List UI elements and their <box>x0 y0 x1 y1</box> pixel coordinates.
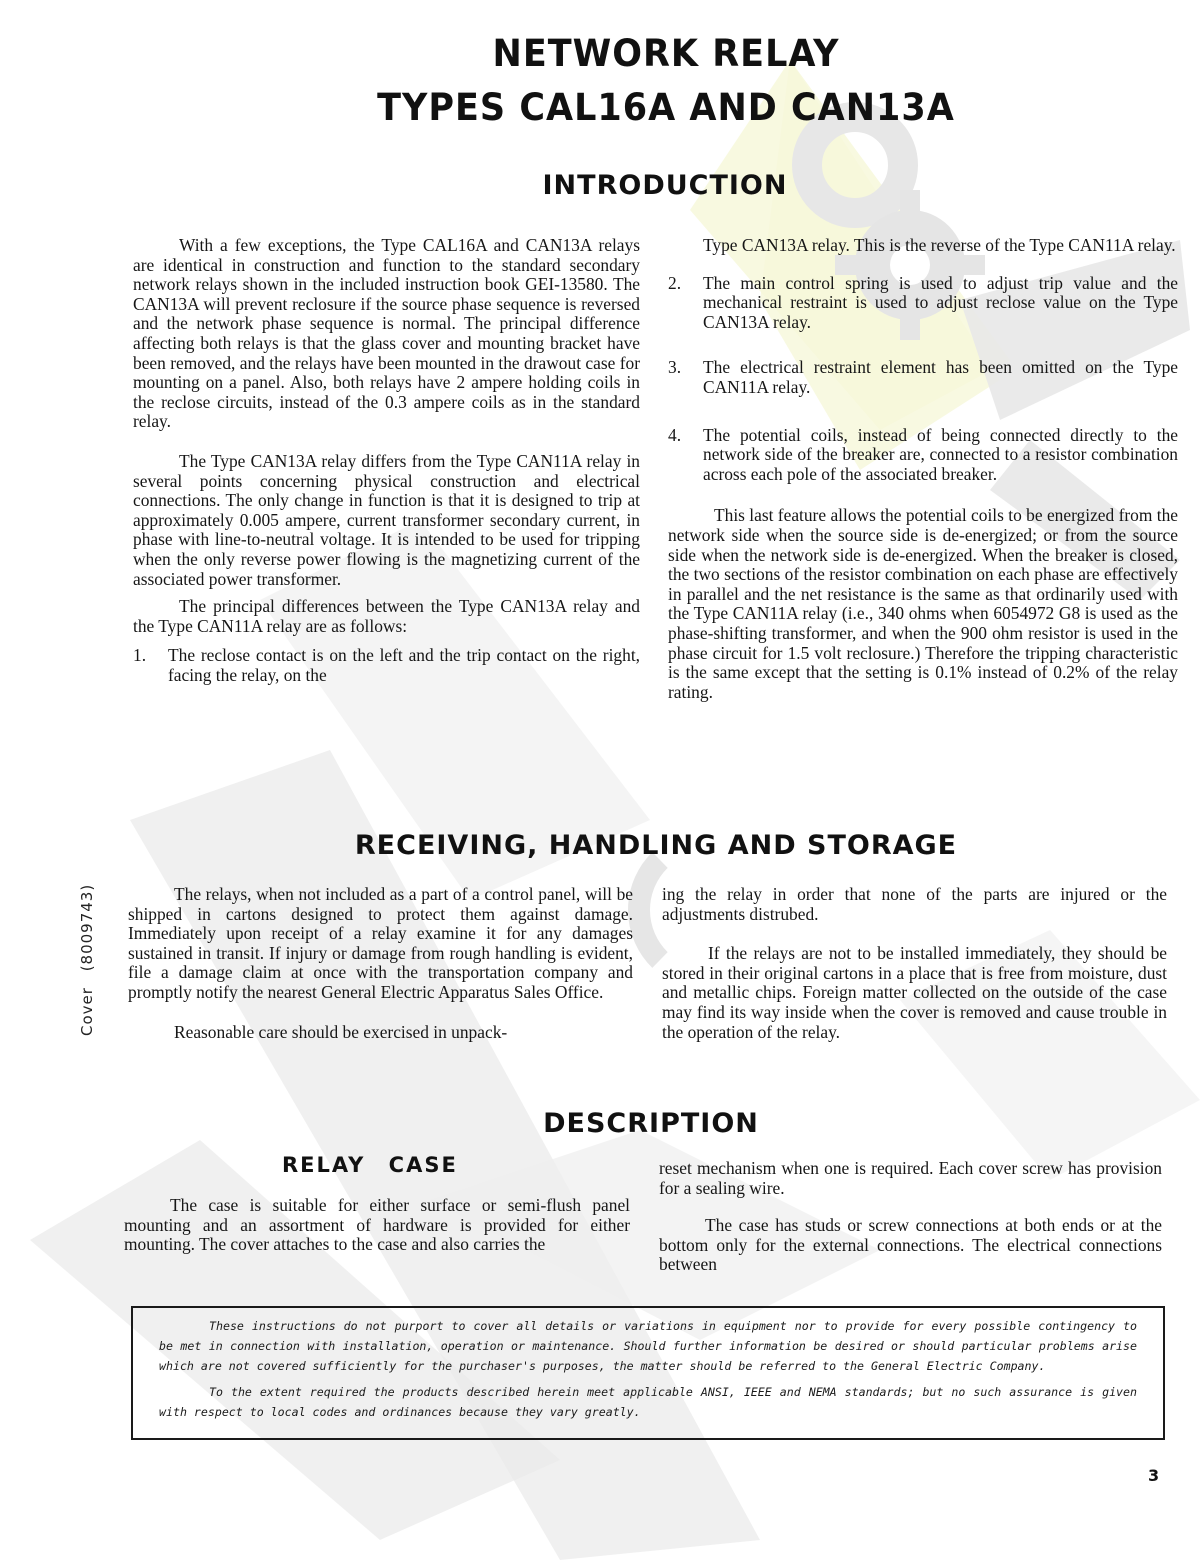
list-item-text: Type CAN13A relay. This is the reverse o… <box>703 235 1176 255</box>
disclaimer-notice-box: These instructions do not purport to cov… <box>131 1306 1165 1440</box>
description-right-column: reset mechanism when one is required. Ea… <box>659 1159 1162 1275</box>
list-item-2: 2. The main control spring is used to ad… <box>668 274 1178 333</box>
receiving-left-column: The relays, when not included as a part … <box>128 885 633 1042</box>
description-paragraph-1: The case is suitable for either surface … <box>124 1196 630 1255</box>
introduction-right-column: Type CAN13A relay. This is the reverse o… <box>668 236 1178 702</box>
disclaimer-paragraph-1: These instructions do not purport to cov… <box>159 1316 1137 1376</box>
document-title-line1: NETWORK RELAY <box>0 32 1202 75</box>
list-item-4: 4. The potential coils, instead of being… <box>668 426 1178 485</box>
list-item-text: The potential coils, instead of being co… <box>703 425 1178 484</box>
list-item-number: 4. <box>668 426 681 446</box>
section-heading-description: DESCRIPTION <box>0 1108 1202 1139</box>
list-item-number: 3. <box>668 358 681 378</box>
description-left-column: The case is suitable for either surface … <box>124 1196 630 1255</box>
intro-paragraph-3: The principal differences between the Ty… <box>133 597 640 636</box>
list-item-3: 3. The electrical restraint element has … <box>668 358 1178 397</box>
disclaimer-paragraph-2: To the extent required the products desc… <box>159 1382 1137 1422</box>
receiving-paragraph-4: If the relays are not to be installed im… <box>662 944 1167 1042</box>
description-paragraph-3: The case has studs or screw connections … <box>659 1216 1162 1275</box>
list-item-text: The electrical restraint element has bee… <box>703 357 1178 397</box>
section-heading-receiving: RECEIVING, HANDLING AND STORAGE <box>0 830 1202 861</box>
intro-paragraph-1: With a few exceptions, the Type CAL16A a… <box>133 236 640 432</box>
receiving-paragraph-1: The relays, when not included as a part … <box>128 885 633 1003</box>
intro-paragraph-2: The Type CAN13A relay differs from the T… <box>133 452 640 589</box>
receiving-paragraph-2: Reasonable care should be exercised in u… <box>128 1023 633 1043</box>
list-item-text: The reclose contact is on the left and t… <box>168 645 640 685</box>
document-title-line2: TYPES CAL16A AND CAN13A <box>0 86 1202 129</box>
introduction-left-column: With a few exceptions, the Type CAL16A a… <box>133 236 640 685</box>
description-paragraph-2: reset mechanism when one is required. Ea… <box>659 1159 1162 1198</box>
page-number: 3 <box>1148 1466 1159 1485</box>
intro-right-paragraph: This last feature allows the potential c… <box>668 506 1178 702</box>
list-item-1-continued: Type CAN13A relay. This is the reverse o… <box>668 236 1178 256</box>
cover-side-label: Cover (8009743) <box>78 884 96 1036</box>
subsection-heading-relay-case: RELAY CASE <box>282 1153 458 1177</box>
list-item-1: 1. The reclose contact is on the left an… <box>133 646 640 685</box>
list-item-number: 1. <box>133 646 146 666</box>
receiving-paragraph-3: ing the relay in order that none of the … <box>662 885 1167 924</box>
receiving-right-column: ing the relay in order that none of the … <box>662 885 1167 1042</box>
document-page: NETWORK RELAY TYPES CAL16A AND CAN13A IN… <box>0 0 1202 1560</box>
section-heading-introduction: INTRODUCTION <box>0 170 1202 201</box>
list-item-text: The main control spring is used to adjus… <box>703 273 1178 332</box>
list-item-number: 2. <box>668 274 681 294</box>
